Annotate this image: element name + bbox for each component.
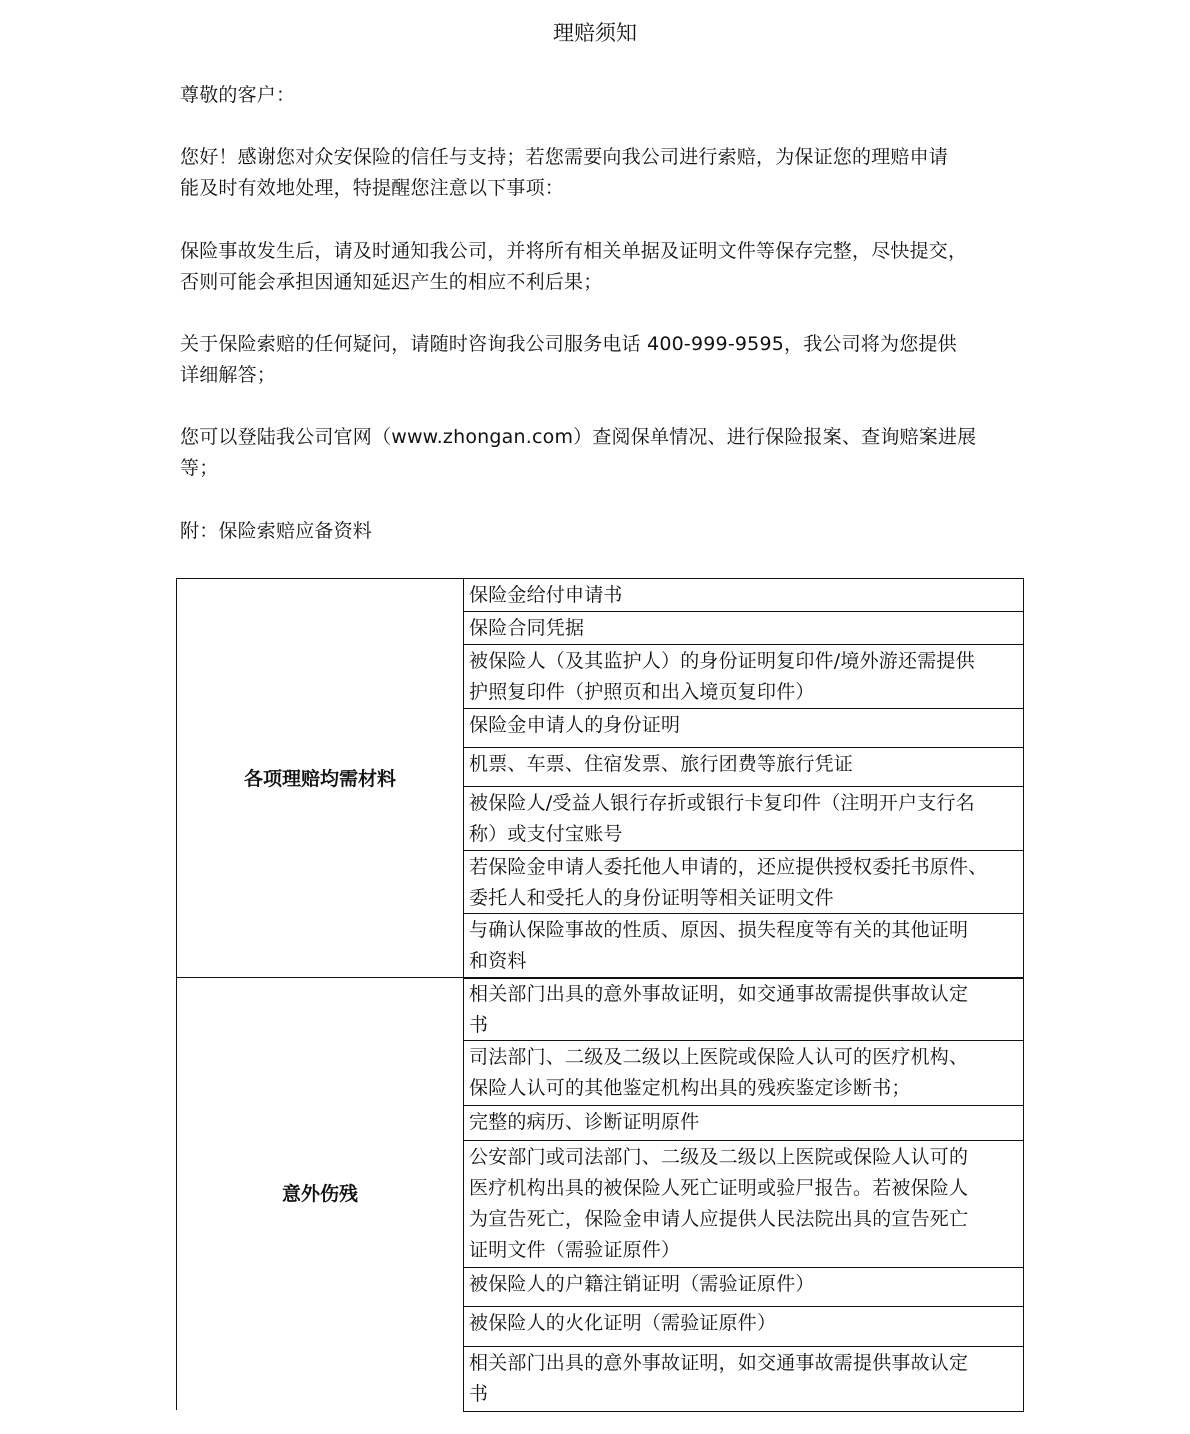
table-row: 完整的病历、诊断证明原件 <box>463 1105 1024 1141</box>
cell-line: 保险人认可的其他鉴定机构出具的残疾鉴定诊断书； <box>469 1073 1023 1104</box>
paragraph-hotline: 关于保险索赔的任何疑问，请随时咨询我公司服务电话 400-999-9595，我公… <box>180 329 1020 391</box>
table-row: 公安部门或司法部门、二级及二级以上医院或保险人认可的 医疗机构出具的被保险人死亡… <box>463 1140 1024 1268</box>
cell-line: 书 <box>469 1379 1023 1410</box>
cell-line: 被保险人的户籍注销证明（需验证原件） <box>469 1269 1023 1300</box>
cell-line: 相关部门出具的意外事故证明，如交通事故需提供事故认定 <box>469 979 1023 1010</box>
table-row: 机票、车票、住宿发票、旅行团费等旅行凭证 <box>463 747 1024 787</box>
paragraph-line: 否则可能会承担因通知延迟产生的相应不利后果； <box>180 267 1020 298</box>
paragraph-line: 您好！感谢您对众安保险的信任与支持；若您需要向我公司进行索赔，为保证您的理赔申请 <box>180 142 1020 173</box>
table-row: 被保险人/受益人银行存折或银行卡复印件（注明开户支行名 称）或支付宝账号 <box>463 786 1024 851</box>
cell-line: 被保险人（及其监护人）的身份证明复印件/境外游还需提供 <box>469 646 1023 677</box>
table-row: 保险金给付申请书 <box>463 578 1024 612</box>
claims-materials-table: 各项理赔均需材料 保险金给付申请书 保险合同凭据 被保险人（及其监护人）的身份证… <box>176 578 1024 1412</box>
cell-line: 司法部门、二级及二级以上医院或保险人认可的医疗机构、 <box>469 1042 1023 1073</box>
cell-line: 称）或支付宝账号 <box>469 819 1023 850</box>
paragraph-website: 您可以登陆我公司官网（www.zhongan.com）查阅保单情况、进行保险报案… <box>180 422 1020 484</box>
cell-line: 公安部门或司法部门、二级及二级以上医院或保险人认可的 <box>469 1142 1023 1173</box>
table-row: 被保险人的户籍注销证明（需验证原件） <box>463 1267 1024 1307</box>
paragraph-line: 等； <box>180 453 1020 484</box>
table-row: 被保险人的火化证明（需验证原件） <box>463 1306 1024 1347</box>
cell-line: 证明文件（需验证原件） <box>469 1235 1023 1266</box>
document-title: 理赔须知 <box>0 18 1190 48</box>
table-row: 被保险人（及其监护人）的身份证明复印件/境外游还需提供 护照复印件（护照页和出入… <box>463 644 1024 709</box>
paragraph-intro: 您好！感谢您对众安保险的信任与支持；若您需要向我公司进行索赔，为保证您的理赔申请… <box>180 142 1020 204</box>
cell-line: 机票、车票、住宿发票、旅行团费等旅行凭证 <box>469 749 1023 780</box>
paragraph-line: 您可以登陆我公司官网（www.zhongan.com）查阅保单情况、进行保险报案… <box>180 422 1020 453</box>
cell-line: 委托人和受托人的身份证明等相关证明文件 <box>469 883 1023 914</box>
cell-line: 为宣告死亡，保险金申请人应提供人民法院出具的宣告死亡 <box>469 1204 1023 1235</box>
table-row: 相关部门出具的意外事故证明，如交通事故需提供事故认定 书 <box>463 1346 1024 1412</box>
paragraph-line: 能及时有效地处理，特提醒您注意以下事项： <box>180 173 1020 204</box>
group-label: 各项理赔均需材料 <box>177 767 463 791</box>
cell-line: 保险合同凭据 <box>469 613 1023 644</box>
group-label: 意外伤残 <box>177 1182 463 1206</box>
table-row: 与确认保险事故的性质、原因、损失程度等有关的其他证明 和资料 <box>463 913 1024 979</box>
cell-line: 被保险人的火化证明（需验证原件） <box>469 1308 1023 1339</box>
group-label-cell: 各项理赔均需材料 <box>176 578 463 978</box>
paragraph-line: 详细解答； <box>180 360 1020 391</box>
cell-line: 和资料 <box>469 946 1023 977</box>
cell-line: 医疗机构出具的被保险人死亡证明或验尸报告。若被保险人 <box>469 1173 1023 1204</box>
greeting: 尊敬的客户： <box>180 80 1020 111</box>
table-row: 保险金申请人的身份证明 <box>463 708 1024 748</box>
cell-line: 被保险人/受益人银行存折或银行卡复印件（注明开户支行名 <box>469 788 1023 819</box>
group-label-cell: 意外伤残 <box>176 977 463 1410</box>
paragraph-line: 关于保险索赔的任何疑问，请随时咨询我公司服务电话 400-999-9595，我公… <box>180 329 1020 360</box>
cell-line: 完整的病历、诊断证明原件 <box>469 1107 1023 1138</box>
cell-line: 护照复印件（护照页和出入境页复印件） <box>469 677 1023 708</box>
table-row: 若保险金申请人委托他人申请的，还应提供授权委托书原件、 委托人和受托人的身份证明… <box>463 850 1024 914</box>
cell-line: 若保险金申请人委托他人申请的，还应提供授权委托书原件、 <box>469 852 1023 883</box>
cell-line: 书 <box>469 1010 1023 1041</box>
cell-line: 保险金申请人的身份证明 <box>469 710 1023 741</box>
paragraph-notify: 保险事故发生后，请及时通知我公司，并将所有相关单据及证明文件等保存完整，尽快提交… <box>180 236 1020 298</box>
table-row: 司法部门、二级及二级以上医院或保险人认可的医疗机构、 保险人认可的其他鉴定机构出… <box>463 1040 1024 1106</box>
cell-line: 保险金给付申请书 <box>469 580 1023 611</box>
cell-line: 相关部门出具的意外事故证明，如交通事故需提供事故认定 <box>469 1348 1023 1379</box>
table-row: 相关部门出具的意外事故证明，如交通事故需提供事故认定 书 <box>463 977 1024 1041</box>
table-row: 保险合同凭据 <box>463 611 1024 645</box>
paragraph-line: 保险事故发生后，请及时通知我公司，并将所有相关单据及证明文件等保存完整，尽快提交… <box>180 236 1020 267</box>
appendix-heading: 附：保险索赔应备资料 <box>180 516 1020 547</box>
cell-line: 与确认保险事故的性质、原因、损失程度等有关的其他证明 <box>469 915 1023 946</box>
